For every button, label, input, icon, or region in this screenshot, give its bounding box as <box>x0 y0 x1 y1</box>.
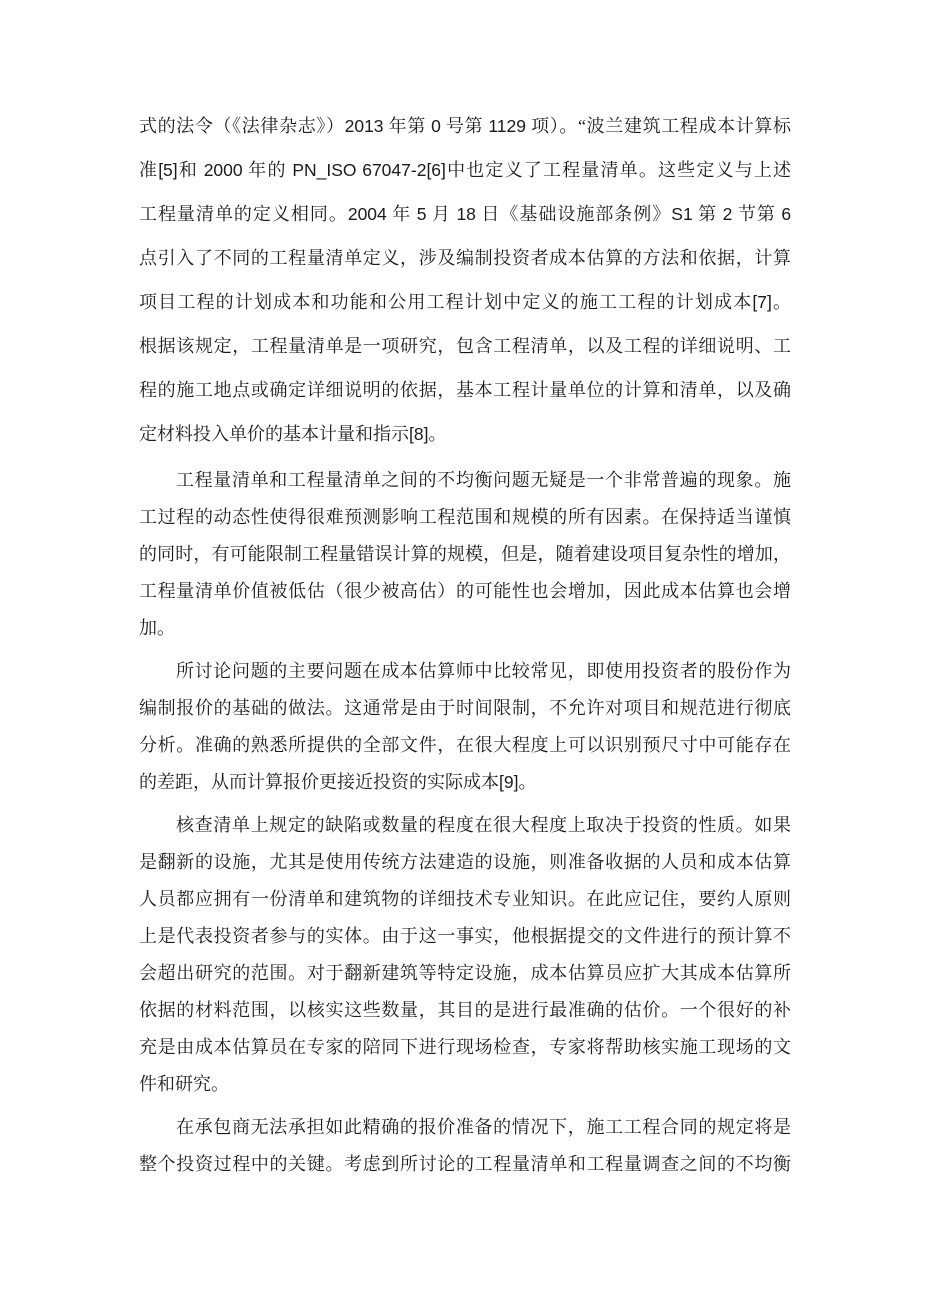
latin-text: [5] <box>158 160 177 180</box>
text-line: 点引入了不同的工程量清单定义，涉及编制投资者成本估算的方法和依据，计算 <box>139 236 791 280</box>
text-line: 在承包商无法承担如此精确的报价准备的情况下，施工工程合同的规定将是 <box>139 1109 791 1146</box>
text-line: 会超出研究的范围。对于翻新建筑等特定设施，成本估算员应扩大其成本估算所 <box>139 955 791 992</box>
document-page: 式的法令（《法律杂志》）2013 年第 0 号第 1129 项）。“波兰建筑工程… <box>0 0 926 1309</box>
latin-text: 2004 <box>348 204 387 224</box>
paragraph: 所讨论问题的主要问题在成本估算师中比较常见，即使用投资者的股份作为编制报价的基础… <box>139 653 791 801</box>
text-line: 程的施工地点或确定详细说明的依据，基本工程计量单位的计算和清单，以及确 <box>139 368 791 412</box>
text-line: 的同时，有可能限制工程量错误计算的规模，但是，随着建设项目复杂性的增加， <box>139 536 791 573</box>
latin-text: 0 <box>431 116 441 136</box>
latin-text: [7] <box>752 292 771 312</box>
latin-text: S1 <box>671 204 692 224</box>
latin-text: 2013 <box>345 116 384 136</box>
text-line: 的差距，从而计算报价更接近投资的实际成本[9]。 <box>139 764 791 801</box>
latin-text: [9] <box>499 772 518 792</box>
text-line: 核查清单上规定的缺陷或数量的程度在很大程度上取决于投资的性质。如果 <box>139 807 791 844</box>
text-line: 工程量清单价值被低估（很少被高估）的可能性也会增加，因此成本估算也会增 <box>139 573 791 610</box>
document-body: 式的法令（《法律杂志》）2013 年第 0 号第 1129 项）。“波兰建筑工程… <box>139 104 791 1183</box>
text-line: 工程量清单的定义相同。2004 年 5 月 18 日《基础设施部条例》S1 第 … <box>139 192 791 236</box>
text-line: 项目工程的计划成本和功能和公用工程计划中定义的施工工程的计划成本[7]。 <box>139 280 791 324</box>
text-line: 依据的材料范围，以核实这些数量，其目的是进行最准确的估价。一个很好的补 <box>139 992 791 1029</box>
text-line: 定材料投入单价的基本计量和指示[8]。 <box>139 412 791 456</box>
text-line: 整个投资过程中的关键。考虑到所讨论的工程量清单和工程量调查之间的不均衡 <box>139 1146 791 1183</box>
latin-text: PN_ISO <box>292 160 356 180</box>
text-line: 根据该规定，工程量清单是一项研究，包含工程清单，以及工程的详细说明、工 <box>139 324 791 368</box>
paragraph: 式的法令（《法律杂志》）2013 年第 0 号第 1129 项）。“波兰建筑工程… <box>139 104 791 456</box>
latin-text: 1129 <box>488 116 526 136</box>
text-line: 式的法令（《法律杂志》）2013 年第 0 号第 1129 项）。“波兰建筑工程… <box>139 104 791 148</box>
text-line: 加。 <box>139 610 791 647</box>
text-line: 所讨论问题的主要问题在成本估算师中比较常见，即使用投资者的股份作为 <box>139 653 791 690</box>
text-line: 编制报价的基础的做法。这通常是由于时间限制，不允许对项目和规范进行彻底 <box>139 690 791 727</box>
latin-text: 6 <box>781 204 791 224</box>
text-line: 是翻新的设施，尤其是使用传统方法建造的设施，则准备收据的人员和成本估算 <box>139 844 791 881</box>
paragraph: 在承包商无法承担如此精确的报价准备的情况下，施工工程合同的规定将是整个投资过程中… <box>139 1109 791 1183</box>
text-line: 充是由成本估算员在专家的陪同下进行现场检查，专家将帮助核实施工现场的文 <box>139 1029 791 1066</box>
latin-text: 5 <box>417 204 427 224</box>
text-line: 人员都应拥有一份清单和建筑物的详细技术专业知识。在此应记住，要约人原则 <box>139 881 791 918</box>
text-line: 工过程的动态性使得很难预测影响工程范围和规模的所有因素。在保持适当谨慎 <box>139 499 791 536</box>
latin-text: 2000 <box>204 160 243 180</box>
latin-text: 2 <box>723 204 733 224</box>
text-line: 上是代表投资者参与的实体。由于这一事实，他根据提交的文件进行的预计算不 <box>139 918 791 955</box>
text-line: 工程量清单和工程量清单之间的不均衡问题无疑是一个非常普遍的现象。施 <box>139 462 791 499</box>
latin-text: [8] <box>409 424 428 444</box>
paragraph: 工程量清单和工程量清单之间的不均衡问题无疑是一个非常普遍的现象。施工过程的动态性… <box>139 462 791 647</box>
text-line: 件和研究。 <box>139 1066 791 1103</box>
latin-text: 67047-2[6] <box>362 160 446 180</box>
text-line: 分析。准确的熟悉所提供的全部文件，在很大程度上可以识别预尺寸中可能存在 <box>139 727 791 764</box>
paragraph: 核查清单上规定的缺陷或数量的程度在很大程度上取决于投资的性质。如果是翻新的设施，… <box>139 807 791 1103</box>
text-line: 准[5]和 2000 年的 PN_ISO 67047-2[6]中也定义了工程量清… <box>139 148 791 192</box>
latin-text: 18 <box>456 204 475 224</box>
